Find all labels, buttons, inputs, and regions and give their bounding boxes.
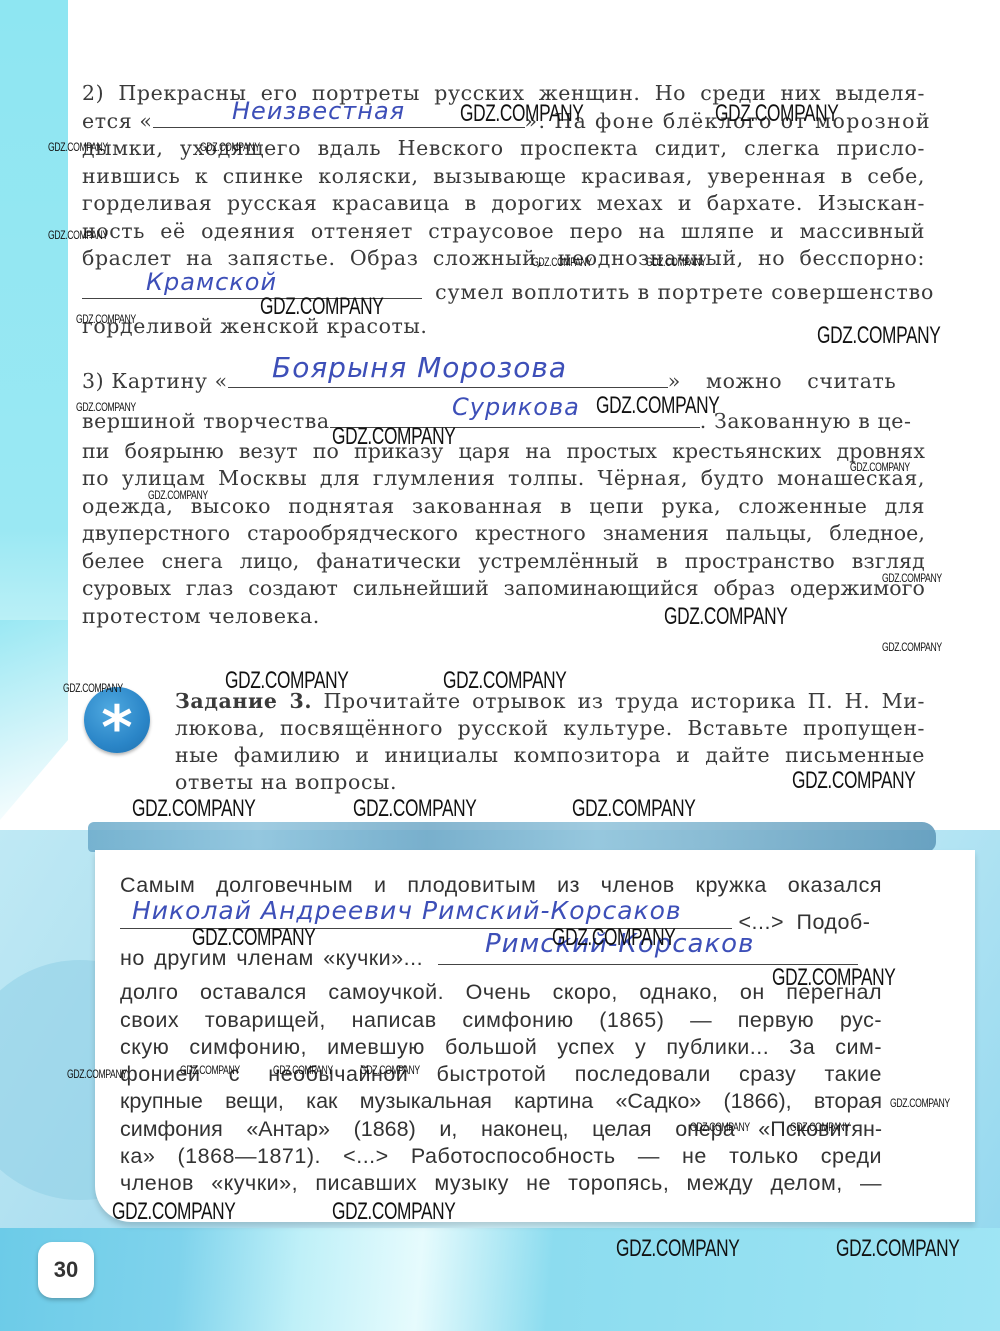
text-line: вершиной творчества. Закованную в це- Су… — [82, 396, 925, 438]
watermark: GDZ.COMPANY — [443, 667, 566, 695]
watermark: GDZ.COMPANY — [112, 1198, 235, 1226]
text-line: членов «кучки», писавших музыку не тороп… — [120, 1170, 882, 1197]
text-line: ные фамилию и инициалы композитора и дай… — [175, 742, 925, 769]
text-line: люкова, посвящённого русской культуре. В… — [175, 715, 925, 742]
watermark: GDZ.COMPANY — [552, 924, 675, 952]
text-line: ность её одеяния оттеняет страусовое пер… — [82, 218, 925, 246]
watermark: GDZ.COMPANY — [332, 423, 455, 451]
text-line: горделивая русская красавица в дорогих м… — [82, 190, 925, 218]
watermark: GDZ.COMPANY — [616, 1235, 739, 1263]
watermark: GDZ.COMPANY — [76, 312, 136, 326]
watermark: GDZ.COMPANY — [180, 1063, 240, 1077]
text-line: суровых глаз создают сильнейший запомина… — [82, 575, 925, 603]
text-line: долго оставался самоучкой. Очень скоро, … — [120, 979, 882, 1006]
handwritten-answer: Неизвестная — [232, 98, 405, 126]
watermark: GDZ.COMPANY — [460, 100, 583, 128]
text-line: крупные вещи, как музыкальная картина «С… — [120, 1088, 882, 1115]
watermark: GDZ.COMPANY — [792, 767, 915, 795]
watermark: GDZ.COMPANY — [132, 795, 255, 823]
text-line: ка» (1868—1871). <...> Работоспособность… — [120, 1143, 882, 1170]
text-line: по улицам Москвы для глумления толпы. Чё… — [82, 465, 925, 493]
watermark: GDZ.COMPANY — [260, 293, 383, 321]
watermark: GDZ.COMPANY — [225, 667, 348, 695]
text-line: скую симфонию, имевшую большой успех у п… — [120, 1034, 882, 1061]
asterisk-icon: * — [84, 687, 150, 753]
page-margin-strip — [0, 0, 68, 660]
watermark: GDZ.COMPANY — [715, 100, 838, 128]
handwritten-answer: Сурикова — [452, 394, 580, 422]
text-line: нившись к спинке коляски, вызывающе крас… — [82, 163, 925, 191]
text-line: одежда, высоко поднятая закованная в цеп… — [82, 493, 925, 521]
excerpt-paragraph: Самым долговечным и плодовитым из членов… — [120, 872, 882, 1198]
watermark: GDZ.COMPANY — [273, 1063, 333, 1077]
text-line: двуперстного старообрядческого крестного… — [82, 520, 925, 548]
watermark: GDZ.COMPANY — [200, 140, 260, 154]
text-line: симфония «Антар» (1868) и, наконец, цела… — [120, 1116, 882, 1143]
watermark: GDZ.COMPANY — [882, 571, 942, 585]
watermark: GDZ.COMPANY — [850, 460, 910, 474]
section-3-paragraph: 3) Картину «» можно считать Боярыня Моро… — [82, 368, 925, 630]
watermark: GDZ.COMPANY — [48, 140, 108, 154]
text-line: пи боярыню везут по приказу царя на прос… — [82, 438, 925, 466]
watermark: GDZ.COMPANY — [664, 603, 787, 631]
watermark: GDZ.COMPANY — [572, 795, 695, 823]
watermark: GDZ.COMPANY — [790, 1120, 850, 1134]
watermark: GDZ.COMPANY — [67, 1067, 127, 1081]
watermark: GDZ.COMPANY — [690, 1120, 750, 1134]
watermark: GDZ.COMPANY — [532, 255, 592, 269]
watermark: GDZ.COMPANY — [836, 1235, 959, 1263]
watermark: GDZ.COMPANY — [353, 795, 476, 823]
watermark: GDZ.COMPANY — [772, 964, 895, 992]
text-line: протестом человека. — [82, 603, 925, 631]
text-line: Самым долговечным и плодовитым из членов… — [120, 872, 882, 899]
watermark: GDZ.COMPANY — [890, 1096, 950, 1110]
watermark: GDZ.COMPANY — [646, 255, 706, 269]
text-line: сумел воплотить в портрете совершенство … — [82, 273, 925, 313]
watermark: GDZ.COMPANY — [596, 392, 719, 420]
watermark: GDZ.COMPANY — [360, 1063, 420, 1077]
watermark: GDZ.COMPANY — [63, 681, 123, 695]
handwritten-answer: Крамской — [146, 269, 277, 297]
brush-stroke-divider — [88, 822, 936, 852]
text-line: горделивой женской красоты. — [82, 313, 925, 341]
watermark: GDZ.COMPANY — [882, 640, 942, 654]
handwritten-answer: Николай Андреевич Римский-Корсаков — [132, 897, 682, 924]
watermark: GDZ.COMPANY — [76, 400, 136, 414]
watermark: GDZ.COMPANY — [192, 924, 315, 952]
text-line: 3) Картину «» можно считать Боярыня Моро… — [82, 368, 925, 396]
text-line: своих товарищей, написав симфонию (1865)… — [120, 1007, 882, 1034]
watermark: GDZ.COMPANY — [148, 488, 208, 502]
page-margin-wedge — [0, 620, 68, 820]
text-line: белее снега лицо, фанатически устремлённ… — [82, 548, 925, 576]
watermark: GDZ.COMPANY — [48, 228, 108, 242]
watermark: GDZ.COMPANY — [332, 1198, 455, 1226]
watermark: GDZ.COMPANY — [817, 322, 940, 350]
handwritten-answer: Боярыня Морозова — [272, 354, 567, 382]
page-number-badge: 30 — [38, 1242, 94, 1298]
